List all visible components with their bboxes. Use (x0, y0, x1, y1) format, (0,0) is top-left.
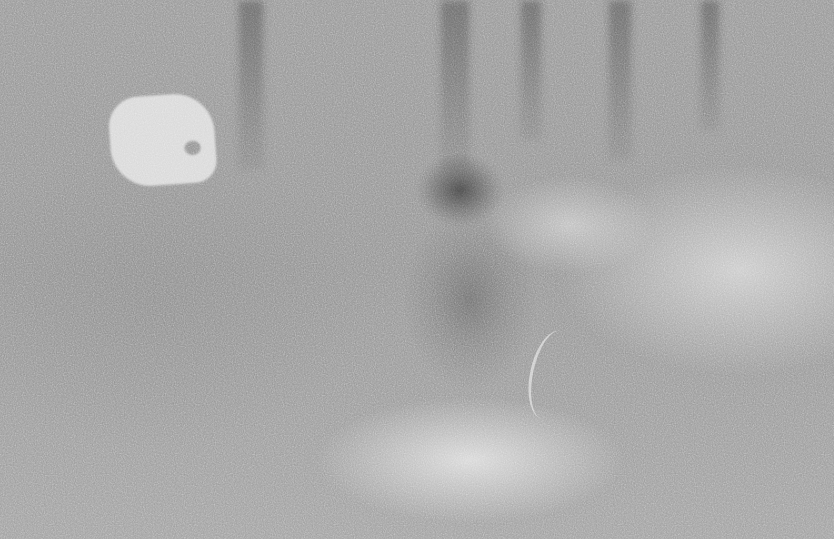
grayscale-photo (0, 0, 834, 539)
film-grain (0, 0, 834, 539)
